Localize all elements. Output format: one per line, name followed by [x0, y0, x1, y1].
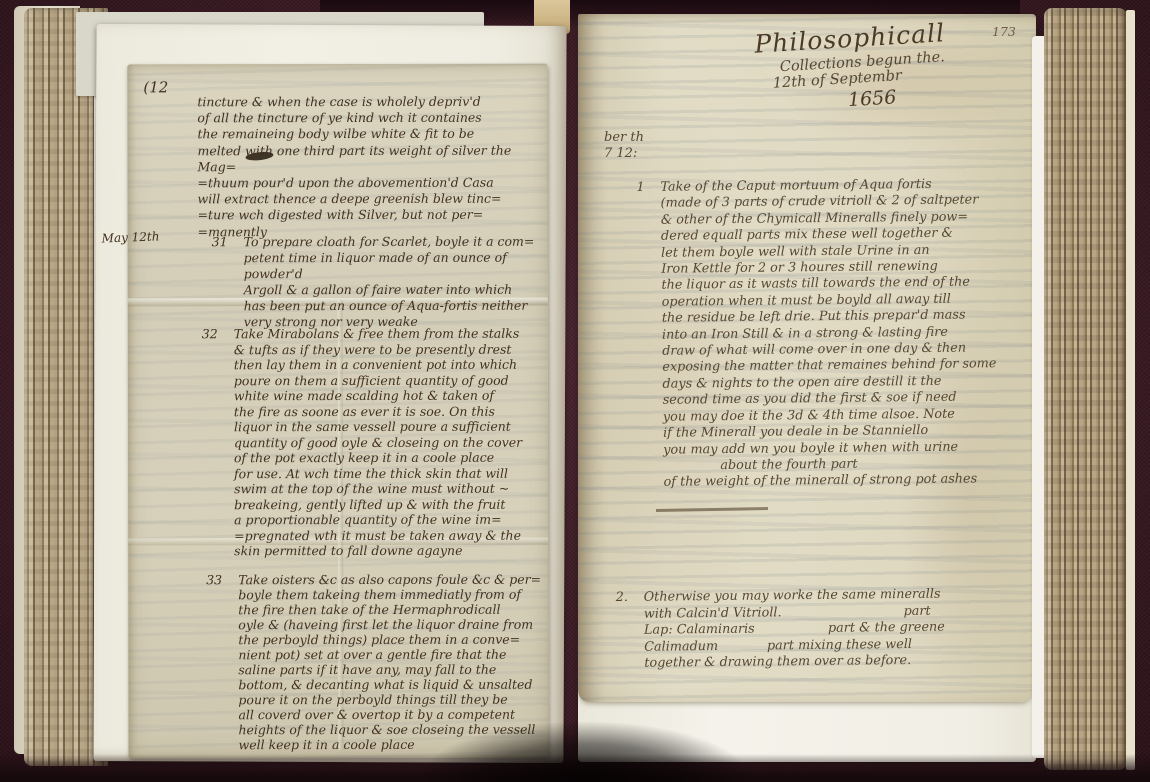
left-page: (12 tincture & when the case is wholely …: [93, 24, 566, 763]
entry-number: 32: [202, 326, 228, 559]
right-entry-1: 1 Take of the Caput mortuum of Aqua fort…: [636, 176, 1015, 492]
entry-number: 33: [206, 572, 232, 752]
cover-board-edge: [1126, 10, 1135, 770]
manuscript-photo: (12 tincture & when the case is wholely …: [0, 0, 1150, 782]
entry-number: 1: [636, 180, 657, 492]
entry-text: Take of the Caput mortuum of Aqua fortis…: [660, 176, 1015, 491]
left-intro-paragraph: tincture & when the case is wholely depr…: [197, 94, 549, 240]
left-manuscript-leaf: (12 tincture & when the case is wholely …: [127, 64, 548, 759]
entry-text: To prepare cloath for Scarlet, boyle it …: [244, 234, 562, 331]
entry-number: 2.: [616, 590, 639, 673]
left-entry-31: 31 To prepare cloath for Scarlet, boyle …: [212, 234, 562, 331]
right-margin-note: ber th7 12:: [604, 130, 644, 162]
right-page-block-fore-edge: [1044, 8, 1128, 770]
gutter-bottom-shadow: [420, 722, 750, 782]
left-margin-date: May 12th: [101, 229, 159, 245]
left-page-mark: (12: [143, 78, 168, 96]
right-entry-2: 2. Otherwise you may worke the same mine…: [616, 586, 1005, 673]
right-manuscript-page: 173 Philosophicall Collections begun the…: [578, 14, 1036, 702]
left-entry-32: 32 Take Mirabolans & free them from the …: [202, 326, 556, 559]
entry-number: 31: [212, 234, 238, 330]
entry-text: Take Mirabolans & free them from the sta…: [234, 326, 556, 559]
entry-text: Otherwise you may worke the same mineral…: [644, 586, 1005, 672]
